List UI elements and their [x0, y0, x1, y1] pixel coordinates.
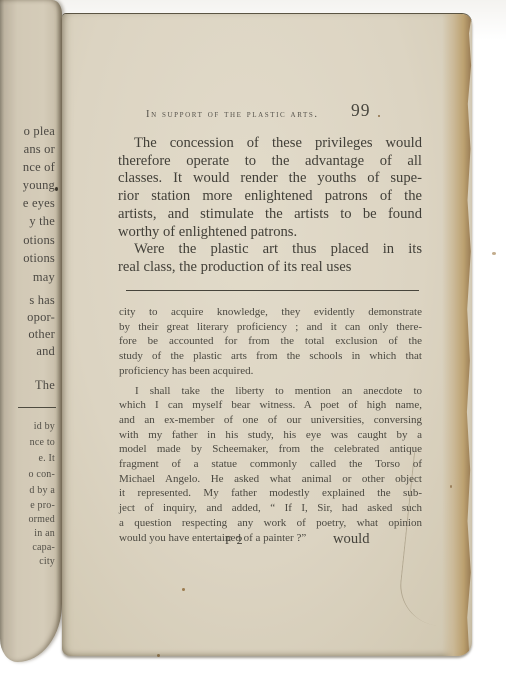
body-text-line: classes. It would render the youths of s…	[118, 170, 422, 188]
left-page-text-fragment: o con-	[29, 469, 55, 480]
left-page-text-fragment: city	[39, 556, 55, 567]
body-text: The concession of these privileges would…	[118, 135, 422, 277]
left-page-text-fragment: other	[28, 327, 55, 342]
left-page-text-fragment: capa-	[32, 542, 55, 553]
left-page-text-fragment: ormed	[28, 514, 55, 525]
body-text-line: therefore operate to the advantage of al…	[118, 153, 422, 171]
left-page-text-fragment: young	[23, 178, 55, 193]
fox-spot	[182, 588, 185, 591]
left-page-text-fragment: The	[35, 378, 55, 393]
fox-spot	[378, 115, 380, 117]
body-text-line: The concession of these privileges would	[118, 135, 422, 153]
left-page-text-fragment: in an	[34, 528, 55, 539]
body-text-line: Were the plastic art thus placed in its	[118, 241, 422, 259]
book-photo: o pleaans ornce ofyounge eyesy theotions…	[0, 0, 506, 700]
left-page-text-fragment: y the	[29, 214, 55, 229]
left-page-text-fragment: otions	[23, 233, 55, 248]
body-text-line: rior station more enlightened patrons of…	[118, 188, 422, 206]
footnote-text-line: city to acquire knowledge, they evidentl…	[119, 305, 422, 320]
catchword: would	[333, 531, 369, 548]
page-fore-edge	[442, 14, 472, 656]
footnote-text-line: which I can myself bear witness. A poet …	[119, 398, 422, 413]
left-page-text-fragment: id by	[34, 421, 55, 432]
body-text-line: worthy of enlightened patrons.	[118, 224, 422, 242]
footnote-text-line: fragment of a statue commonly called the…	[119, 457, 422, 472]
footnote-text-line: by their great literary proficiency ; an…	[119, 320, 422, 335]
left-page-text-fragment: d by a	[29, 485, 55, 496]
left-page-text-fragment: nce to	[30, 437, 55, 448]
signature-mark: F 2	[225, 533, 244, 548]
left-page-text-fragment: nce of	[23, 160, 55, 175]
left-page-text-fragment: e pro-	[30, 500, 55, 511]
gutter-speck	[55, 187, 58, 191]
book-page: In support of the plastic arts. 99 The c…	[62, 14, 472, 656]
left-page-text-fragment: o plea	[24, 124, 55, 139]
left-page-text-fragment: otions	[23, 251, 55, 266]
left-page-text-fragment: e eyes	[23, 196, 55, 211]
footnote-text-line: fore be accounted for from the total exc…	[119, 334, 422, 349]
left-page-text-fragment: s has	[29, 293, 55, 308]
left-page-footnote-rule	[18, 407, 56, 408]
fox-spot	[492, 252, 496, 255]
footnote-rule	[126, 290, 419, 291]
body-text-line: artists, and stimulate the artists to be…	[118, 206, 422, 224]
body-text-line: real class, the production of its real u…	[118, 259, 422, 277]
footnote-text-line: and an ex-member of one of our universit…	[119, 413, 422, 428]
left-page-text-fragment: ans or	[24, 142, 55, 157]
footnote-text-line: study of the plastic arts from the schoo…	[119, 349, 422, 364]
footnote-text-line: would you have entertained of a painter …	[119, 531, 422, 546]
footnote-text-line: it represented. My father modestly expla…	[119, 486, 422, 501]
running-header: In support of the plastic arts.	[146, 109, 319, 120]
left-page-text-fragment: and	[36, 344, 55, 359]
fox-spot	[157, 654, 160, 657]
footnote-text-line: Michael Angelo. He asked what animal or …	[119, 472, 422, 487]
footnote-text-line: a question respecting any work of poetry…	[119, 516, 422, 531]
previous-page-edge: o pleaans ornce ofyounge eyesy theotions…	[0, 0, 62, 662]
footnote-text-line: model made by Scheemaker, from the celeb…	[119, 442, 422, 457]
left-page-text-fragment: e. It	[38, 453, 55, 464]
left-page-text-fragment: may	[33, 270, 55, 285]
footnote-text-line: with my father in his study, his eye was…	[119, 428, 422, 443]
page-number: 99	[351, 100, 371, 121]
fox-spot	[450, 485, 452, 488]
footnote-text-line: I shall take the liberty to mention an a…	[119, 384, 422, 399]
footnote-text-line: proficiency has been acquired.	[119, 364, 422, 379]
footnote-text: city to acquire knowledge, they evidentl…	[119, 305, 422, 545]
footnote-text-line: ject of inquiry, and added, “ If I, Sir,…	[119, 501, 422, 516]
left-page-text-fragment: opor-	[27, 310, 55, 325]
